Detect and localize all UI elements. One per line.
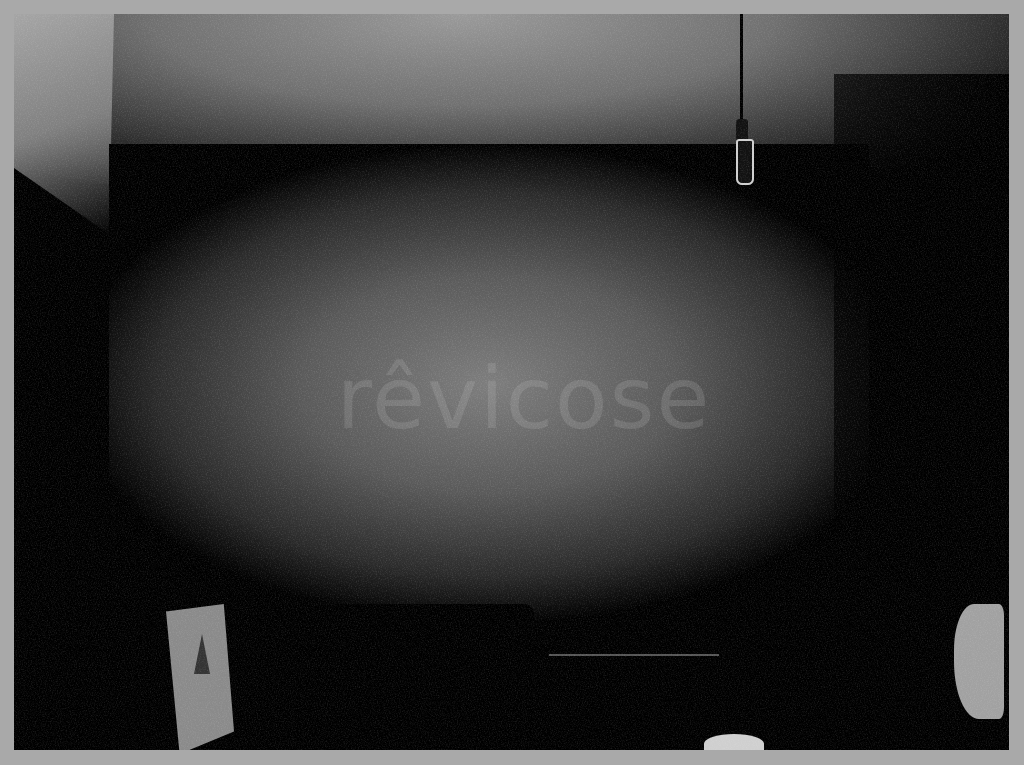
noise-highlights — [14, 14, 1009, 750]
photo-frame: rêvicose — [14, 14, 1009, 750]
